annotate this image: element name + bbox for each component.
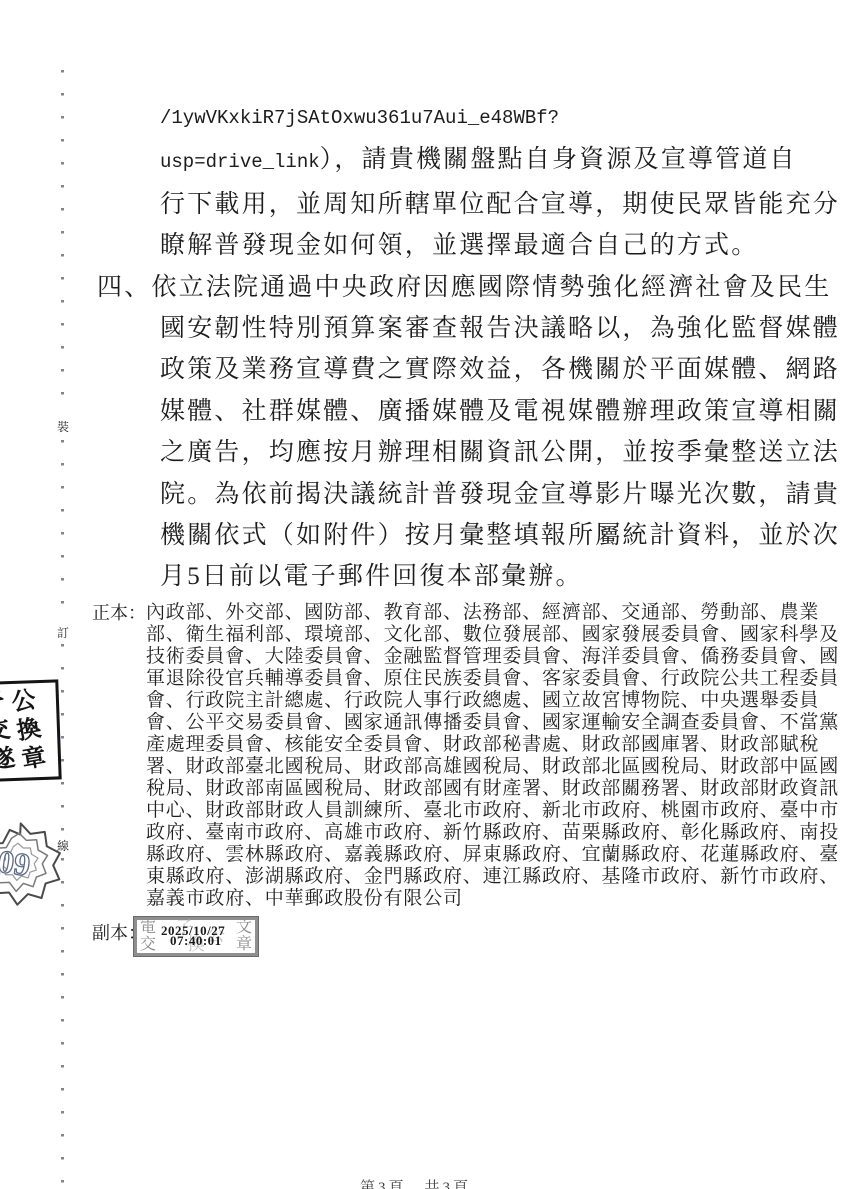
- body-line-text: 政策及業務宣導費之實際效益，各機關於平面媒體、網路: [160, 356, 840, 383]
- stamp-char: 遂: [0, 744, 17, 777]
- body-line: 月5日前以電子郵件回復本部彙辦。: [97, 556, 842, 597]
- left-exchange-stamp: 子交遂公換章: [0, 679, 62, 782]
- page-number-footer: 第3頁，共3頁: [360, 1176, 471, 1189]
- recipient-line: 稅局、財政部南區國稅局、財政部國有財產署、財政部關務署、財政部財政資訊: [146, 778, 839, 800]
- stamp-char: 交: [0, 715, 12, 748]
- stamp-char: 子: [0, 687, 7, 720]
- recipient-line: 東縣政府、澎湖縣政府、金門縣政府、連江縣政府、基隆市政府、新竹市政府、: [146, 866, 839, 888]
- stamp-char: 公: [9, 686, 38, 719]
- body-line: 媒體、社群媒體、廣播媒體及電視媒體辦理政策宣導相關: [97, 391, 842, 432]
- stamp-char: 文: [236, 920, 252, 936]
- recipients-label: 正本：: [92, 602, 146, 910]
- seal-number: 09: [0, 843, 32, 883]
- body-line: 國安韌性特別預算案審查報告決議略以，為強化監督媒體: [97, 308, 842, 349]
- binding-mark-zhuang: 裝: [56, 420, 70, 434]
- body-line-text: 四、依立法院通過中央政府因應國際情勢強化經濟社會及民生: [97, 274, 831, 301]
- body-line-text: 媒體、社群媒體、廣播媒體及電視媒體辦理政策宣導相關: [160, 398, 840, 425]
- body-line-url-segment: /1ywVKxkiR7jSAtOxwu361u7Aui_e48WBf?: [160, 107, 559, 129]
- body-line-text: 瞭解普發現金如何領，並選擇最適合自己的方式。: [160, 232, 758, 259]
- recipient-line: 署、財政部臺北國稅局、財政部高雄國稅局、財政部北區國稅局、財政部中區國: [146, 756, 839, 778]
- binding-dotted-line: [61, 644, 64, 832]
- binding-dotted-line: [61, 440, 64, 620]
- body-line-text: ），請貴機關盤點自身資源及宣導管道自: [320, 146, 797, 173]
- body-line: usp=drive_link），請貴機關盤點自身資源及宣導管道自: [97, 139, 842, 183]
- binding-dotted-line: [61, 70, 64, 414]
- stamp-time: 07:40:01: [170, 934, 222, 947]
- recipient-line: 部、衛生福利部、環境部、文化部、數位發展部、國家發展委員會、國家科學及: [146, 624, 839, 646]
- document-page: 裝 訂 線 /1ywVKxkiR7jSAtOxwu361u7Aui_e48WBf…: [0, 0, 865, 1189]
- recipients-block: 正本： 內政部、外交部、國防部、教育部、法務部、經濟部、交通部、勞動部、農業部、…: [92, 602, 832, 910]
- body-line: /1ywVKxkiR7jSAtOxwu361u7Aui_e48WBf?: [97, 95, 842, 139]
- body-line: 行下載用，並周知所轄單位配合宣導，期使民眾皆能充分: [97, 184, 842, 225]
- body-line-text: 之廣告，均應按月辦理相關資訊公開，並按季彙整送立法: [160, 439, 840, 466]
- recipient-line: 縣政府、雲林縣政府、嘉義縣政府、屏東縣政府、宜蘭縣政府、花蓮縣政府、臺: [146, 844, 839, 866]
- body-line-text: 院。為依前揭決議統計普發現金宣導影片曝光次數，請貴: [160, 481, 840, 508]
- body-line: 院。為依前揭決議統計普發現金宣導影片曝光次數，請貴: [97, 474, 842, 515]
- recipient-line: 會、公平交易委員會、國家通訊傳播委員會、國家運輸安全調查委員會、不當黨: [146, 712, 839, 734]
- recipient-line: 政府、臺南市政府、高雄市政府、新竹縣政府、苗栗縣政府、彰化縣政府、南投: [146, 822, 839, 844]
- body-text: /1ywVKxkiR7jSAtOxwu361u7Aui_e48WBf?usp=d…: [97, 95, 842, 598]
- stamp-char: 電: [140, 920, 156, 936]
- recipient-line: 技術委員會、大陸委員會、金融監督管理委員會、海洋委員會、僑務委員會、國: [146, 646, 839, 668]
- flower-seal-09: 09: [0, 816, 82, 916]
- stamp-char: 交: [140, 937, 156, 953]
- body-line: 之廣告，均應按月辦理相關資訊公開，並按季彙整送立法: [97, 432, 842, 473]
- recipient-line: 會、行政院主計總處、行政院人事行政總處、國立故宮博物院、中央選舉委員: [146, 690, 839, 712]
- stamp-char: 章: [19, 743, 48, 776]
- stamp-char: 章: [236, 937, 252, 953]
- recipients-list: 內政部、外交部、國防部、教育部、法務部、經濟部、交通部、勞動部、農業部、衛生福利…: [146, 602, 839, 910]
- recipient-line: 產處理委員會、核能安全委員會、財政部秘書處、財政部國庫署、財政部賦稅: [146, 734, 839, 756]
- body-line: 四、依立法院通過中央政府因應國際情勢強化經濟社會及民生: [97, 267, 842, 308]
- body-line-text: 機關依式（如附件）按月彙整填報所屬統計資料，並於次: [160, 522, 840, 549]
- body-line: 瞭解普發現金如何領，並選擇最適合自己的方式。: [97, 225, 842, 266]
- recipient-line: 中心、財政部財政人員訓練所、臺北市政府、新北市政府、桃園市政府、臺中市: [146, 800, 839, 822]
- body-line-text: 國安韌性特別預算案審查報告決議略以，為強化監督媒體: [160, 315, 840, 342]
- stamp-char: 換: [14, 714, 43, 747]
- binding-mark-ding: 訂: [56, 626, 70, 640]
- recipient-line: 嘉義市政府、中華郵政股份有限公司: [146, 888, 839, 910]
- body-line-url-segment: usp=drive_link: [160, 151, 320, 173]
- body-line: 政策及業務宣導費之實際效益，各機關於平面媒體、網路: [97, 349, 842, 390]
- recipient-line: 軍退除役官兵輔導委員會、原住民族委員會、客家委員會、行政院公共工程委員: [146, 668, 839, 690]
- body-line: 機關依式（如附件）按月彙整填報所屬統計資料，並於次: [97, 515, 842, 556]
- body-line-text: 行下載用，並周知所轄單位配合宣導，期使民眾皆能充分: [160, 191, 840, 218]
- body-line-text: 月5日前以電子郵件回復本部彙辦。: [160, 563, 583, 590]
- electronic-exchange-stamp: 子 公 換 電 文 交 章 2025/10/27 07:40:01: [134, 917, 258, 956]
- recipient-line: 內政部、外交部、國防部、教育部、法務部、經濟部、交通部、勞動部、農業: [146, 602, 839, 624]
